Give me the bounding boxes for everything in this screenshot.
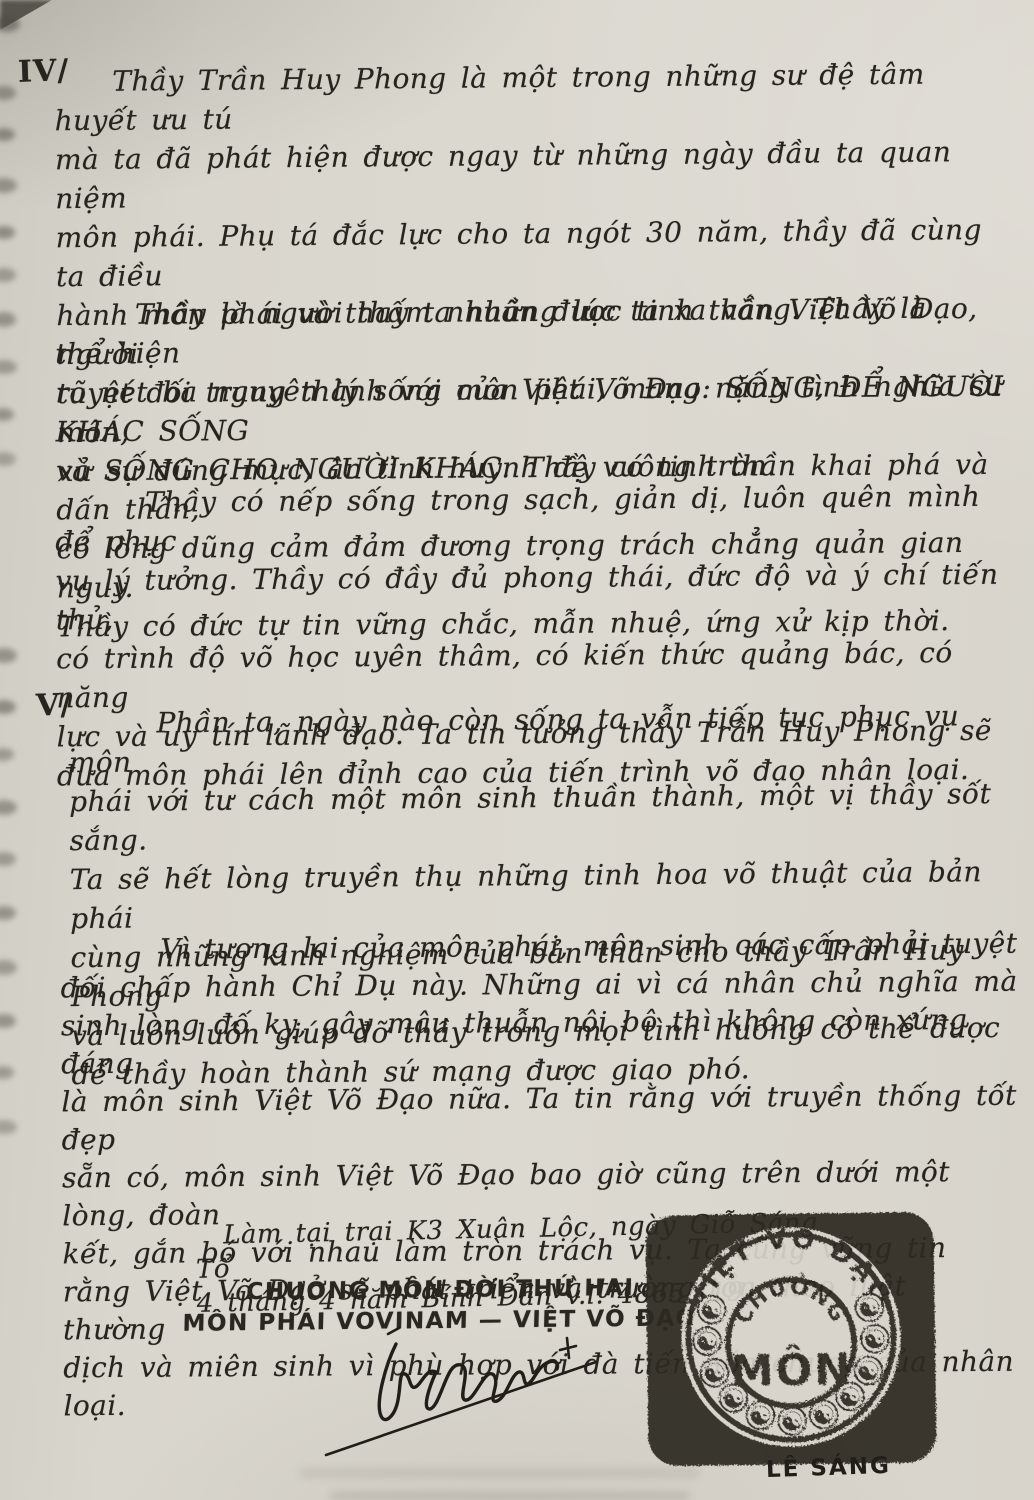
bleed-smudge <box>0 178 17 193</box>
bleed-through-text <box>330 1492 690 1500</box>
bleed-smudge <box>0 648 17 663</box>
bleed-smudge <box>0 360 17 374</box>
bleed-smudge <box>0 86 16 100</box>
bleed-smudge <box>0 960 17 975</box>
signature <box>296 1322 632 1464</box>
bleed-through-text <box>300 1468 700 1478</box>
yinyang-icon: ☯ <box>863 1325 887 1356</box>
bleed-smudge <box>0 16 20 32</box>
bleed-smudge <box>0 852 16 866</box>
stamp-inner-word: MÔN <box>730 1345 853 1398</box>
bleed-smudge <box>0 408 14 421</box>
yinyang-icon: ☯ <box>856 1356 880 1387</box>
signature-stroke <box>379 1344 557 1420</box>
yinyang-icon: ☯ <box>811 1400 835 1431</box>
bleed-smudge <box>0 748 14 761</box>
bleed-smudge <box>0 906 16 920</box>
yinyang-icon: ☯ <box>699 1295 723 1326</box>
bleed-smudge <box>0 268 16 282</box>
bleed-smudge <box>0 128 15 141</box>
bleed-smudge <box>0 452 16 466</box>
bleed-smudge <box>0 700 16 714</box>
signature-accent <box>388 1328 399 1334</box>
signature-name: LÊ SÁNG <box>766 1453 892 1483</box>
signature-underline <box>326 1362 596 1455</box>
bleed-smudge <box>0 1014 16 1028</box>
bleed-smudge <box>0 312 16 327</box>
bleed-smudge <box>0 226 15 239</box>
bleed-smudge <box>0 1120 17 1134</box>
yinyang-icon: ☯ <box>857 1293 881 1324</box>
signature-cross <box>560 1338 576 1358</box>
yinyang-icon: ☯ <box>748 1401 772 1432</box>
chuong-mon-stamp: VIỆT VÕ ĐẠO ☯ ☯ ☯ ☯ ☯ ☯ ☯ ☯ ☯ ☯ ☯ CHƯỞNG… <box>641 1206 941 1474</box>
yinyang-icon: ☯ <box>695 1327 719 1358</box>
bleed-smudge <box>0 1066 14 1079</box>
yinyang-icon: ☯ <box>780 1407 804 1438</box>
scanned-document-page: IV/ V/ Thầy Trần Huy Phong là một trong … <box>0 0 1034 1500</box>
bleed-smudge <box>0 800 17 815</box>
